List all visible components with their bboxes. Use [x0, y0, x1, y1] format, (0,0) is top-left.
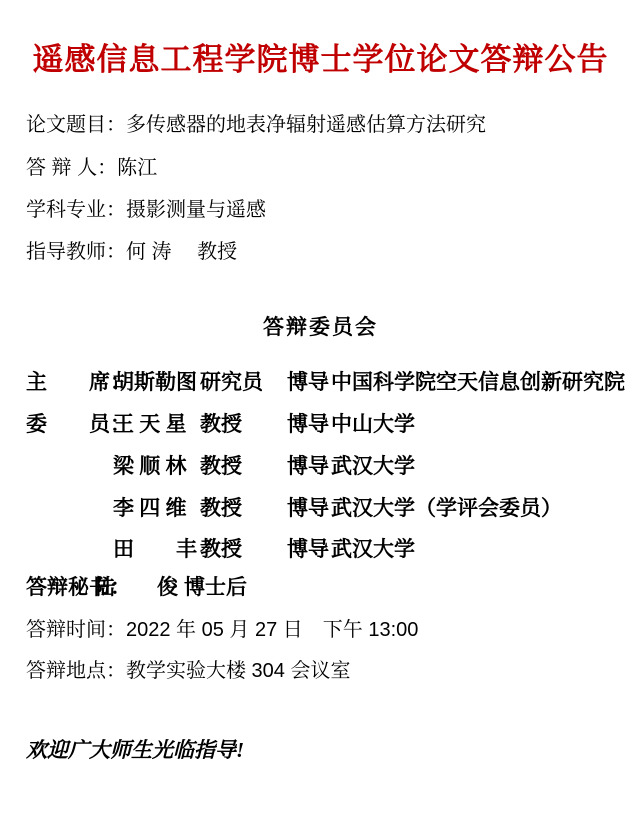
page-title: 遥感信息工程学院博士学位论文答辩公告: [0, 34, 641, 79]
advisor-label: 指导教师：: [26, 241, 126, 263]
committee-member-affiliation: 武汉大学（学评会委员）: [331, 492, 562, 522]
advisor-value: 何 涛 教授: [126, 241, 237, 263]
committee-member-degree: 博导: [287, 450, 329, 480]
thesis-title-value: 多传感器的地表净辐射遥感估算方法研究: [126, 114, 486, 136]
committee-member-affiliation: 武汉大学: [331, 533, 415, 563]
secretary-line: 答辩秘书： 陆 俊 博士后: [26, 571, 626, 597]
defense-location-label: 答辩地点：: [26, 660, 126, 682]
thesis-title-label: 论文题目：: [26, 114, 126, 136]
defender-label: 答 辩 人：: [26, 157, 117, 179]
committee-member-title: 研究员: [200, 366, 263, 396]
defense-location-value: 教学实验大楼 304 会议室: [126, 660, 350, 682]
committee-member-name: 李 四 维: [113, 492, 187, 522]
committee-member-name: 田 丰: [113, 533, 197, 563]
defense-announcement-page: 遥感信息工程学院博士学位论文答辩公告 论文题目：多传感器的地表净辐射遥感估算方法…: [0, 0, 641, 819]
committee-row-chair: 主 席： 胡斯勒图 研究员 博导 中国科学院空天信息创新研究院: [26, 366, 626, 392]
major-line: 学科专业：摄影测量与遥感: [26, 193, 266, 222]
committee-member-degree: 博导: [287, 408, 329, 438]
committee-member-affiliation: 中国科学院空天信息创新研究院: [331, 366, 625, 396]
committee-heading: 答辩委员会: [0, 311, 641, 341]
thesis-title-line: 论文题目：多传感器的地表净辐射遥感估算方法研究: [26, 108, 486, 137]
major-label: 学科专业：: [26, 199, 126, 221]
committee-row-member: 田 丰 教授 博导 武汉大学: [26, 533, 626, 559]
secretary-title: 博士后: [184, 571, 247, 601]
defender-line: 答 辩 人：陈江: [26, 151, 157, 180]
defense-time-label: 答辩时间：: [26, 619, 126, 641]
major-value: 摄影测量与遥感: [126, 199, 266, 221]
defender-value: 陈江: [117, 157, 157, 179]
advisor-line: 指导教师：何 涛 教授: [26, 235, 237, 264]
committee-member-name: 梁 顺 林: [113, 450, 187, 480]
defense-time-value: 2022 年 05 月 27 日 下午 13:00: [126, 619, 418, 641]
committee-row-member: 李 四 维 教授 博导 武汉大学（学评会委员）: [26, 492, 626, 518]
defense-time-line: 答辩时间：2022 年 05 月 27 日 下午 13:00: [26, 613, 418, 642]
committee-member-affiliation: 武汉大学: [331, 450, 415, 480]
committee-member-title: 教授: [200, 533, 242, 563]
committee-member-title: 教授: [200, 408, 242, 438]
committee-member-name: 胡斯勒图: [113, 366, 197, 396]
committee-member-degree: 博导: [287, 366, 329, 396]
committee-member-name: 王 天 星: [113, 408, 187, 438]
secretary-name: 陆 俊: [94, 571, 178, 601]
committee-member-degree: 博导: [287, 533, 329, 563]
committee-row-member: 委 员： 王 天 星 教授 博导 中山大学: [26, 408, 626, 434]
committee-member-title: 教授: [200, 450, 242, 480]
committee-member-degree: 博导: [287, 492, 329, 522]
defense-location-line: 答辩地点：教学实验大楼 304 会议室: [26, 654, 350, 683]
welcome-note: 欢迎广大师生光临指导!: [26, 734, 244, 764]
committee-row-member: 梁 顺 林 教授 博导 武汉大学: [26, 450, 626, 476]
committee-member-title: 教授: [200, 492, 242, 522]
committee-member-affiliation: 中山大学: [331, 408, 415, 438]
